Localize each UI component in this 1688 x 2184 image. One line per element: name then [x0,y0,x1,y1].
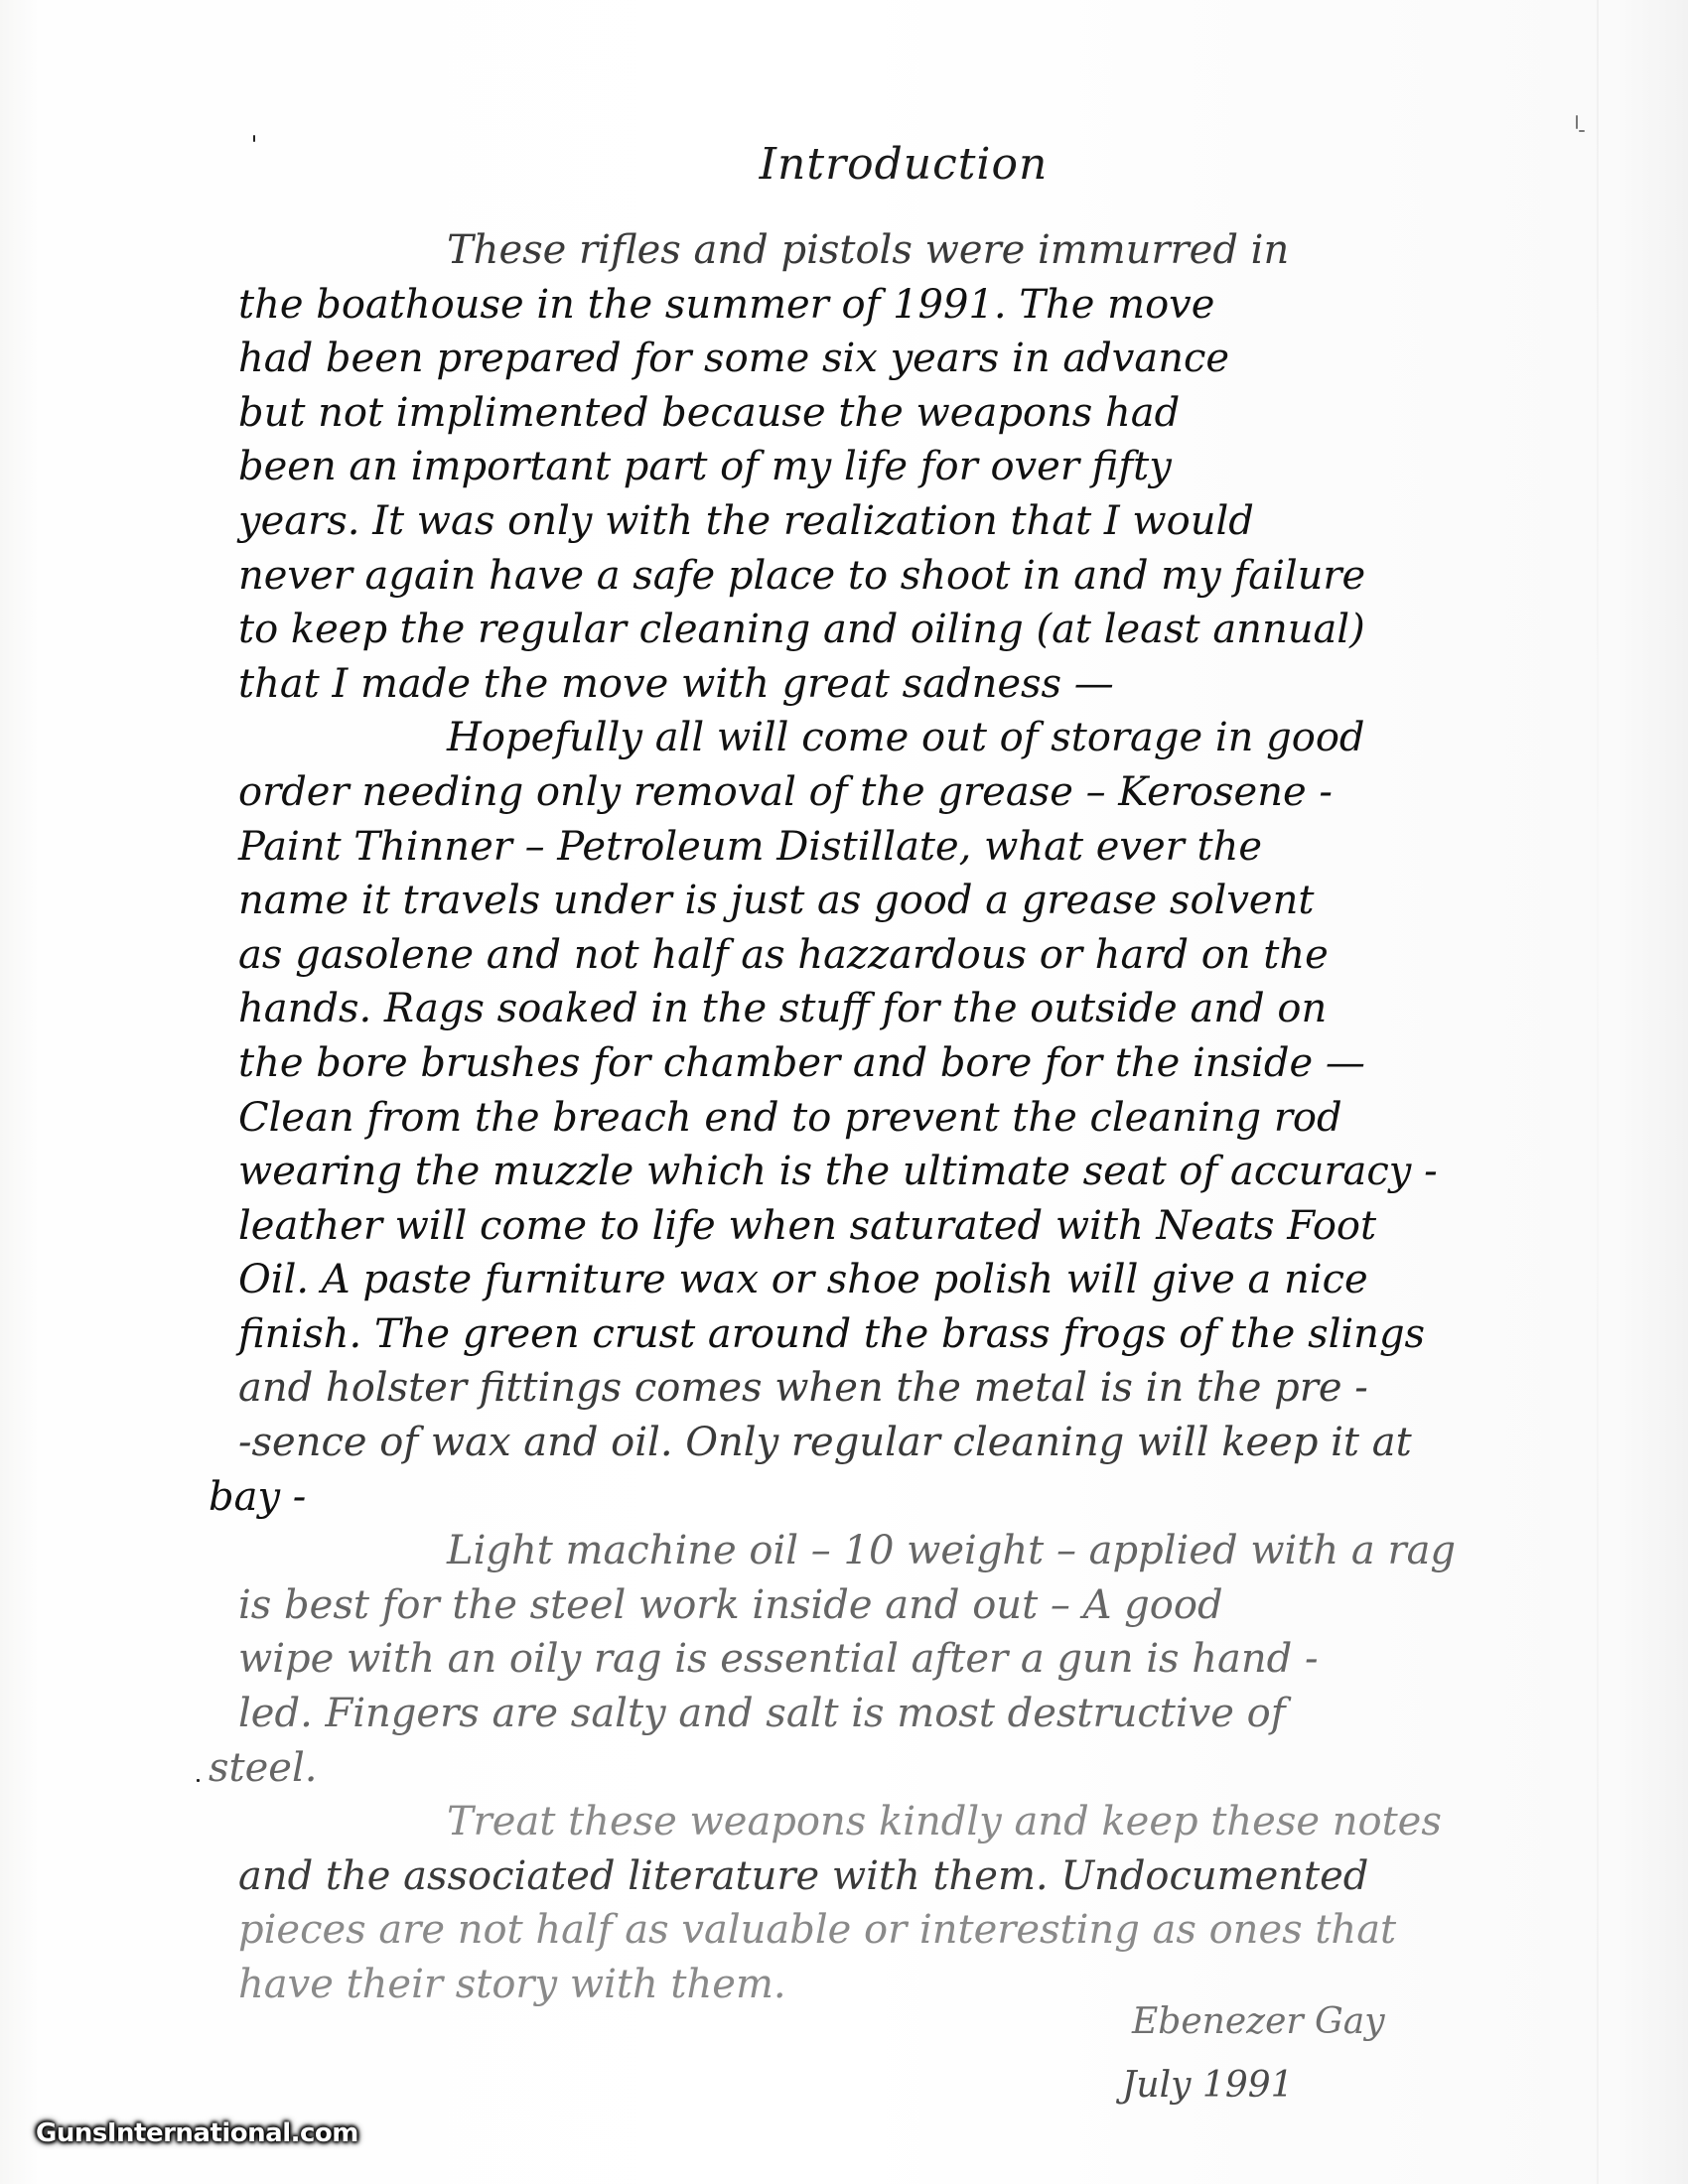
text-line: been an important part of my life for ov… [238,440,1609,494]
text-line: wipe with an oily rag is essential after… [238,1632,1609,1687]
text-line: hands. Rags soaked in the stuff for the … [238,982,1609,1036]
text-line: name it travels under is just as good a … [238,874,1609,928]
signature-block: Ebenezer Gay July 1991 [1132,1990,1385,2117]
text-line: Treat these weapons kindly and keep thes… [238,1795,1609,1849]
text-line: Oil. A paste furniture wax or shoe polis… [238,1253,1609,1307]
text-line: bay - [209,1470,1609,1525]
signature-name: Ebenezer Gay [1132,1990,1385,2054]
text-line: wearing the muzzle which is the ultimate… [238,1145,1609,1199]
text-line: but not implimented because the weapons … [238,386,1609,441]
scanned-page: Introduction These rifles and pistols we… [0,0,1688,2184]
text-line: leather will come to life when saturated… [238,1199,1609,1254]
text-line: the boathouse in the summer of 1991. The… [238,278,1609,333]
text-line: order needing only removal of the grease… [238,765,1609,820]
scan-speck [1579,130,1585,132]
site-watermark: GunsInternational.com [30,2116,364,2150]
scan-speck [1576,115,1578,129]
text-line: as gasolene and not half as hazzardous o… [238,928,1609,983]
text-line: to keep the regular cleaning and oiling … [238,603,1609,657]
text-line: steel. [209,1741,1609,1796]
text-line: have their story with them. [238,1958,1609,2012]
handwritten-body: These rifles and pistols were immurred i… [238,223,1609,2012]
text-line: finish. The green crust around the brass… [238,1307,1609,1362]
text-line: is best for the steel work inside and ou… [238,1578,1609,1633]
text-line: the bore brushes for chamber and bore fo… [238,1036,1609,1091]
page-title: Introduction [0,139,1688,190]
text-line: These rifles and pistols were immurred i… [238,223,1609,278]
signature-date: July 1991 [1122,2054,1385,2117]
text-line: years. It was only with the realization … [238,494,1609,549]
text-line: Paint Thinner – Petroleum Distillate, wh… [238,820,1609,875]
text-line: Light machine oil – 10 weight – applied … [238,1524,1609,1578]
text-line: led. Fingers are salty and salt is most … [238,1687,1609,1741]
text-line: Clean from the breach end to prevent the… [238,1091,1609,1146]
scan-speck [197,1779,200,1782]
text-line: and the associated literature with them.… [238,1849,1609,1904]
text-line: pieces are not half as valuable or inter… [238,1903,1609,1958]
text-line: that I made the move with great sadness … [238,657,1609,712]
text-line: -sence of wax and oil. Only regular clea… [238,1416,1609,1470]
text-line: Hopefully all will come out of storage i… [238,711,1609,765]
text-line: and holster fittings comes when the meta… [238,1361,1609,1416]
text-line: never again have a safe place to shoot i… [238,549,1609,604]
text-line: had been prepared for some six years in … [238,332,1609,386]
